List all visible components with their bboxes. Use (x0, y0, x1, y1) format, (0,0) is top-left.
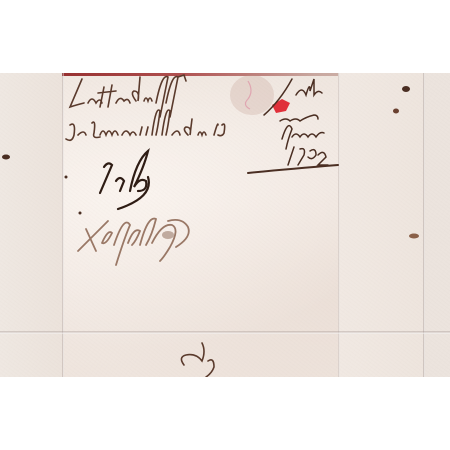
postal-mark-ink (100, 151, 149, 209)
stain (230, 75, 274, 115)
signature-ink (78, 219, 189, 265)
document-photo: Lettre du ff de Luneville du 16 fevrier … (0, 73, 450, 377)
line2-ink (66, 110, 225, 140)
bottom-mark-ink (181, 343, 214, 377)
wax-seal-icon (272, 99, 290, 113)
handwriting-layer (0, 73, 450, 377)
ink-specks (2, 86, 419, 239)
